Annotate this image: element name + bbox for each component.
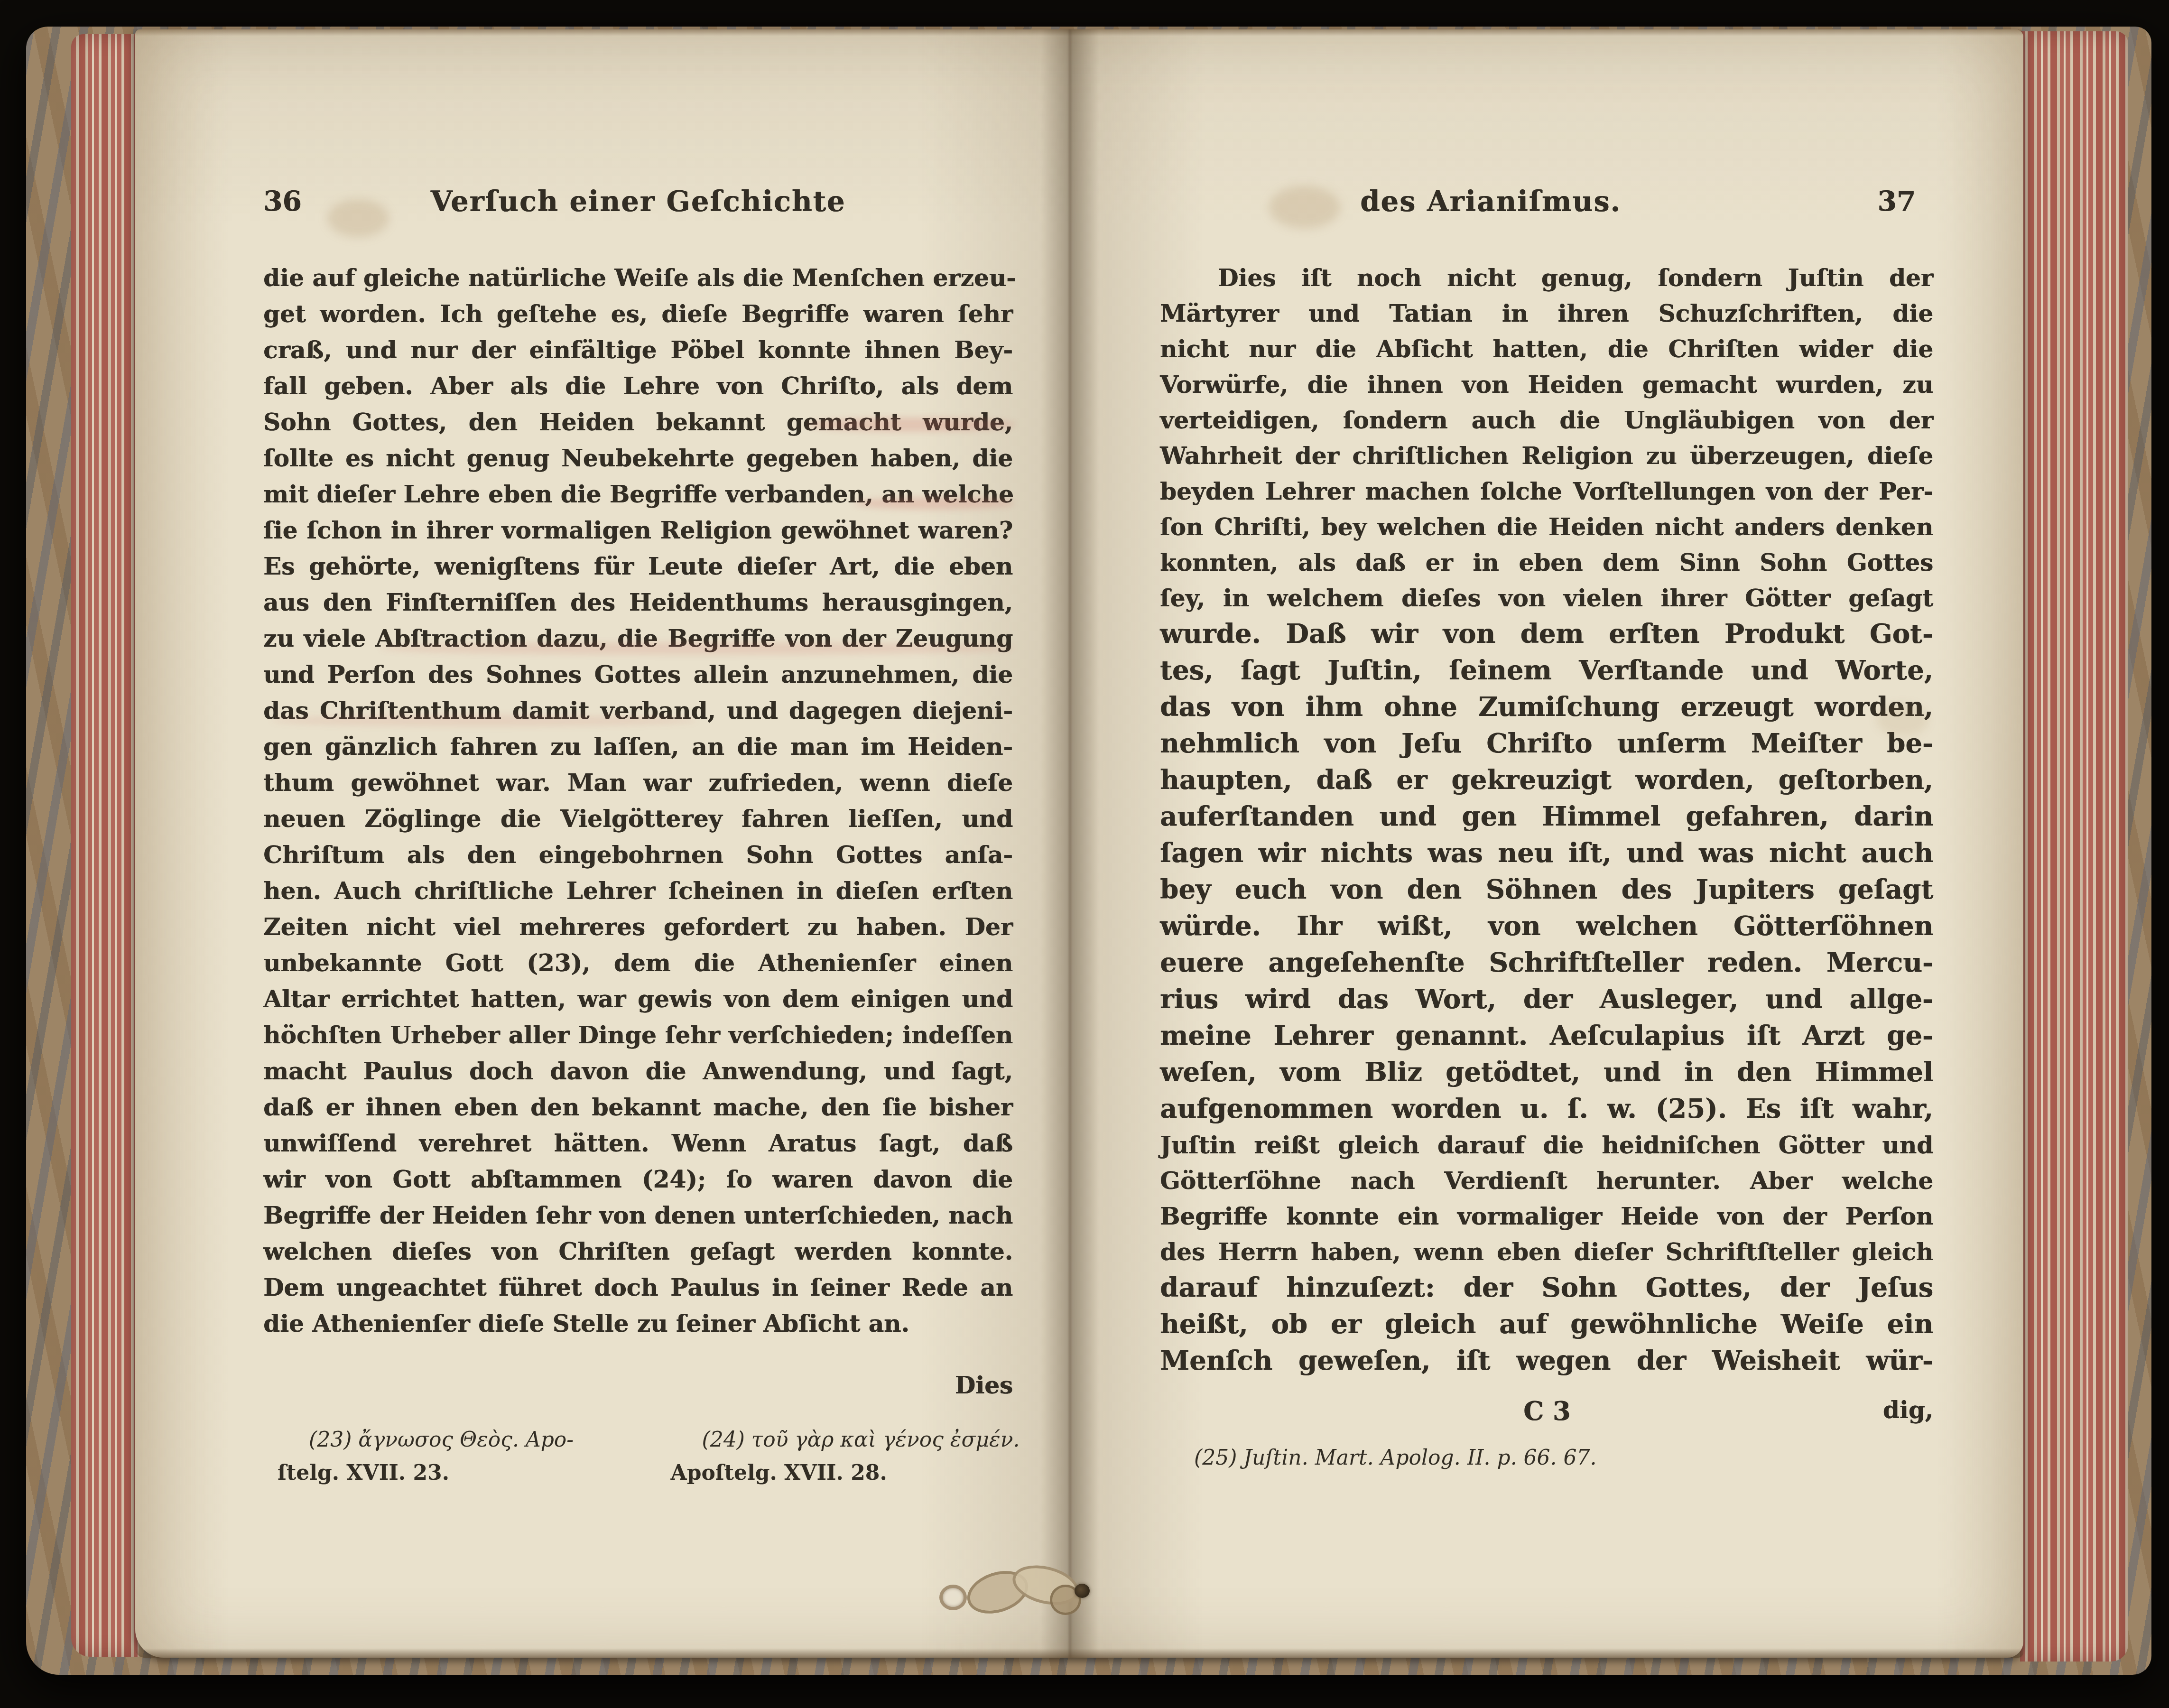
- text-line: Götterſöhne nach Verdienſt herunter. Abe…: [1160, 1163, 1933, 1198]
- text-line: Zeiten nicht viel mehreres gefordert zu …: [263, 909, 1013, 945]
- foxing-stain: [327, 199, 389, 237]
- text-line: des Herrn haben, wenn eben dieſer Schrif…: [1160, 1234, 1933, 1270]
- text-line: unbekannte Gott (23), dem die Athenienſe…: [263, 945, 1013, 981]
- red-pencil-smudge: [270, 715, 697, 726]
- signature-row: C 3 dig,: [1160, 1396, 1933, 1434]
- footnote-24-line1: (24) τοῦ γὰρ καὶ γένος ἐσμέν.: [671, 1423, 1011, 1457]
- catchword-right: dig,: [1883, 1396, 1933, 1424]
- text-line: Begriffe der Heiden ſehr von denen unter…: [263, 1197, 1013, 1234]
- text-line: Märtyrer und Tatian in ihren Schuzſchrif…: [1160, 296, 1933, 331]
- text-line: beyden Lehrer machen ſolche Vorſtellunge…: [1160, 473, 1933, 509]
- page-number-left: 36: [263, 185, 302, 217]
- text-line: Dies iſt noch nicht genug, ſondern Juſti…: [1160, 260, 1933, 296]
- right-page-body-text: Dies iſt noch nicht genug, ſondern Juſti…: [1160, 260, 1933, 1379]
- text-line: die auf gleiche natürliche Weiſe als die…: [263, 260, 1013, 296]
- text-line: macht Paulus doch davon die Anwendung, u…: [263, 1053, 1013, 1089]
- text-line: Menſch geweſen, iſt wegen der Weisheit w…: [1160, 1343, 1933, 1379]
- text-line: neuen Zöglinge die Vielgötterey fahren l…: [263, 801, 1013, 837]
- photo-background: 36 Verſuch einer Geſchichte die auf glei…: [0, 0, 2169, 1708]
- red-pencil-smudge: [806, 418, 1015, 432]
- text-line: die Athenienſer dieſe Stelle zu ſeiner A…: [263, 1306, 1013, 1342]
- text-line: Chriſtum als den eingebohrnen Sohn Gotte…: [263, 837, 1013, 873]
- text-line: das von ihm ohne Zumiſchung erzeugt word…: [1160, 689, 1933, 725]
- text-line: ſon Chriſti, bey welchen die Heiden nich…: [1160, 509, 1933, 545]
- text-line: wurde. Daß wir von dem erſten Produkt Go…: [1160, 616, 1933, 652]
- text-line: auferſtanden und gen Himmel gefahren, da…: [1160, 798, 1933, 835]
- text-line: euere angeſehenſte Schriftſteller reden.…: [1160, 945, 1933, 981]
- text-line: Begriffe konnte ein vormaliger Heide von…: [1160, 1198, 1933, 1234]
- text-line: aus den Finſterniſſen des Heidenthums he…: [263, 585, 1013, 621]
- red-pencil-smudge: [380, 642, 1015, 655]
- text-line: ſey, in welchem dieſes von vielen ihrer …: [1160, 580, 1933, 616]
- text-line: welchen dieſes von Chriſten geſagt werde…: [263, 1234, 1013, 1270]
- text-line: darauf hinzuſezt: der Sohn Gottes, der J…: [1160, 1270, 1933, 1306]
- text-line: wir von Gott abſtammen (24); ſo waren da…: [263, 1161, 1013, 1197]
- left-page-footnotes: (23) ἄγνωσος Θεὸς. Apo- ſtelg. XVII. 23.…: [278, 1423, 1010, 1490]
- text-line: hen. Auch chriſtliche Lehrer ſcheinen in…: [263, 873, 1013, 909]
- page-edges-left: [71, 34, 139, 1657]
- red-pencil-smudge: [854, 497, 1015, 510]
- text-line: Wahrheit der chriſtlichen Religion zu üb…: [1160, 438, 1933, 473]
- text-line: Juſtin reißt gleich darauf die heidniſch…: [1160, 1127, 1933, 1163]
- footnote-24-line2: Apoſtelg. XVII. 28.: [671, 1457, 1011, 1490]
- left-page: 36 Verſuch einer Geſchichte die auf glei…: [135, 29, 1070, 1658]
- text-line: rius wird das Wort, der Ausleger, und al…: [1160, 981, 1933, 1018]
- text-line: meine Lehrer genannt. Aeſculapius iſt Ar…: [1160, 1018, 1933, 1054]
- text-line: und Perſon des Sohnes Gottes allein anzu…: [263, 657, 1013, 693]
- page-number-right: 37: [1877, 185, 1916, 217]
- text-line: Altar errichtet hatten, war gewis von de…: [263, 981, 1013, 1017]
- text-line: heißt, ob er gleich auf gewöhnliche Weiſ…: [1160, 1306, 1933, 1343]
- page-edges-right: [2020, 31, 2128, 1662]
- text-line: Vorwürfe, die ihnen von Heiden gemacht w…: [1160, 367, 1933, 402]
- text-line: craß, und nur der einfältige Pöbel konnt…: [263, 332, 1013, 368]
- text-line: bey euch von den Söhnen des Jupiters geſ…: [1160, 872, 1933, 908]
- text-line: verteidigen, ſondern auch die Ungläubige…: [1160, 402, 1933, 438]
- text-line: ſie ſchon in ihrer vormaligen Religion g…: [263, 512, 1013, 548]
- wormhole-dot: [1075, 1584, 1090, 1598]
- text-line: fall geben. Aber als die Lehre von Chriſ…: [263, 368, 1013, 404]
- text-line: höchſten Urheber aller Dinge ſehr verſch…: [263, 1017, 1013, 1053]
- foxing-stain: [1269, 186, 1340, 229]
- text-line: nehmlich von Jeſu Chriſto unſerm Meiſter…: [1160, 725, 1933, 762]
- text-line: Es gehörte, wenigſtens für Leute dieſer …: [263, 548, 1013, 585]
- text-line: gen gänzlich fahren zu laſſen, an die ma…: [263, 729, 1013, 765]
- right-page: des Arianiſmus. 37 Dies iſt noch nicht g…: [1070, 29, 2023, 1658]
- footnote-23-line2: ſtelg. XVII. 23.: [278, 1457, 644, 1490]
- text-line: get worden. Ich geſtehe es, dieſe Begrif…: [263, 296, 1013, 332]
- foxing-stain: [1876, 703, 1928, 736]
- open-book-pages: 36 Verſuch einer Geſchichte die auf glei…: [135, 29, 2023, 1658]
- text-line: würde. Ihr wißt, von welchen Götterſöhne…: [1160, 908, 1933, 945]
- text-line: thum gewöhnet war. Man war zufrieden, we…: [263, 765, 1013, 801]
- footnote-25: (25) Juſtin. Mart. Apolog. II. p. 66. 67…: [1194, 1442, 1934, 1474]
- footnote-23: (23) ἄγνωσος Θεὸς. Apo- ſtelg. XVII. 23.: [278, 1423, 644, 1490]
- footnote-23-line1: (23) ἄγνωσος Θεὸς. Apo-: [278, 1423, 644, 1457]
- text-line: ſollte es nicht genug Neubekehrte gegebe…: [263, 440, 1013, 476]
- text-line: Dem ungeachtet führet doch Paulus in ſei…: [263, 1270, 1013, 1306]
- text-line: unwiſſend verehret hätten. Wenn Aratus ſ…: [263, 1125, 1013, 1161]
- text-line: aufgenommen worden u. ſ. w. (25). Es iſt…: [1160, 1091, 1933, 1127]
- gutter-crease: [1069, 29, 1071, 1658]
- text-line: tes, ſagt Juſtin, ſeinem Verſtande und W…: [1160, 652, 1933, 689]
- footnote-24: (24) τοῦ γὰρ καὶ γένος ἐσμέν. Apoſtelg. …: [644, 1423, 1011, 1490]
- wormhole-ring: [939, 1585, 967, 1610]
- running-title-right: des Arianiſmus.: [1360, 185, 1621, 218]
- text-line: ſagen wir nichts was neu iſt, und was ni…: [1160, 835, 1933, 872]
- text-line: nicht nur die Abſicht hatten, die Chriſt…: [1160, 331, 1933, 367]
- text-line: weſen, vom Bliz getödtet, und in den Him…: [1160, 1054, 1933, 1091]
- running-title-left: Verſuch einer Geſchichte: [431, 185, 846, 218]
- wormhole-trail: [966, 1567, 1073, 1614]
- gathering-signature: C 3: [1523, 1396, 1570, 1426]
- text-line: daß er ihnen eben den bekannt mache, den…: [263, 1089, 1013, 1125]
- text-line: konnten, als daß er in eben dem Sinn Soh…: [1160, 545, 1933, 580]
- catchword-left: Dies: [263, 1371, 1013, 1399]
- text-line: haupten, daß er gekreuzigt worden, geſto…: [1160, 762, 1933, 798]
